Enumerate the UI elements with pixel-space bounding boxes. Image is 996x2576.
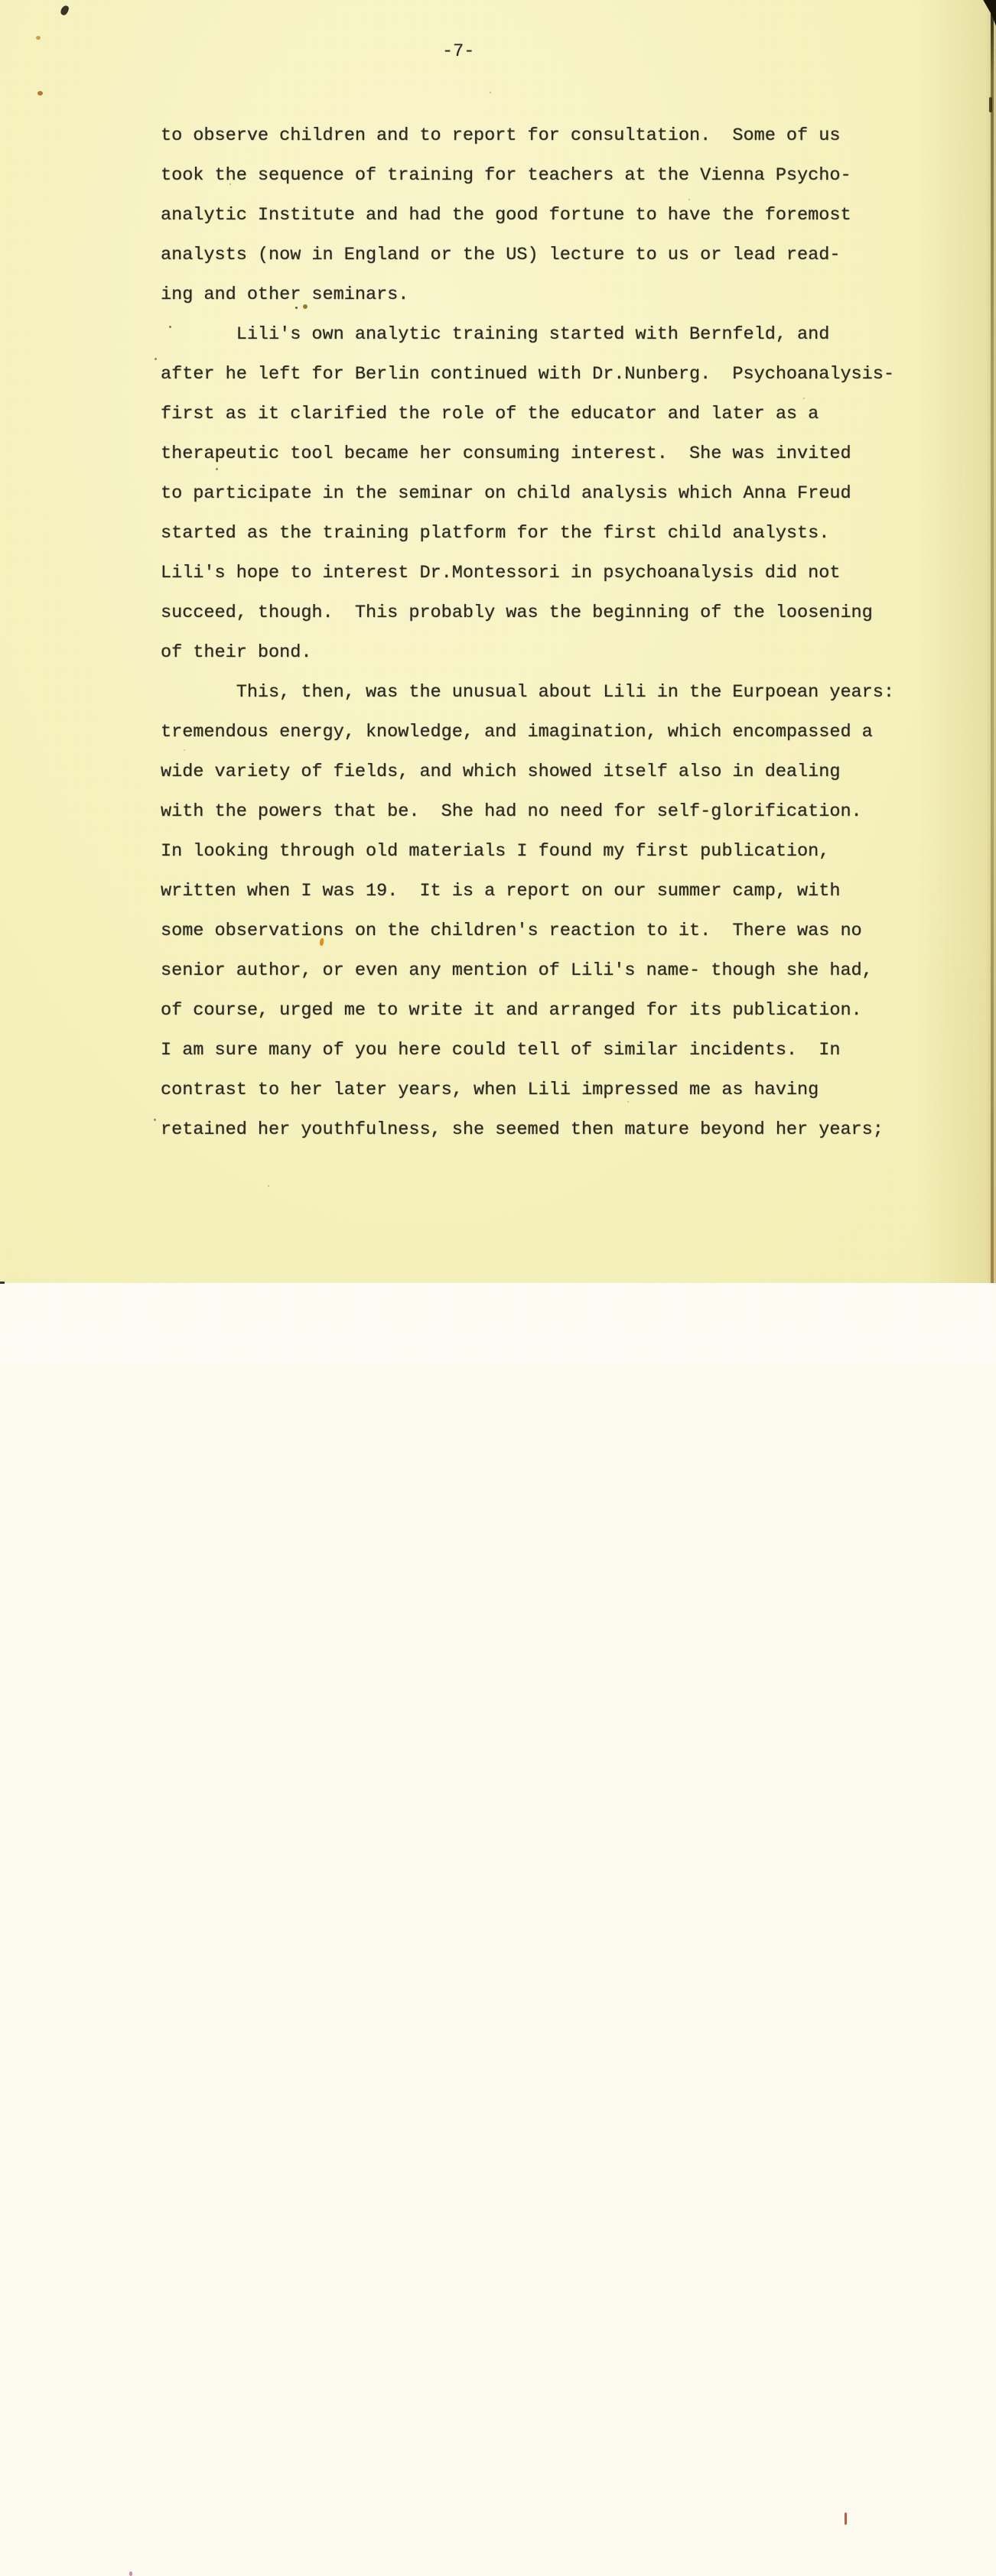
scan-edge-mark xyxy=(989,97,992,112)
stray-dot xyxy=(169,326,171,328)
ink-smudge xyxy=(60,5,70,17)
paper-noise xyxy=(229,184,231,185)
scan-edge-line xyxy=(991,0,994,1283)
stray-dot xyxy=(154,1119,156,1121)
stray-dot xyxy=(216,468,218,470)
typewritten-text: to observe children and to report for co… xyxy=(161,116,933,1150)
document-page: -7- to observe children and to report fo… xyxy=(0,0,996,1283)
stain-speck xyxy=(36,36,41,40)
stain-speck xyxy=(295,307,298,309)
scan-background: -7- to observe children and to report fo… xyxy=(0,0,996,1363)
stain-speck xyxy=(37,91,43,96)
page-number: -7- xyxy=(442,41,474,63)
scanner-background-strip xyxy=(0,1283,996,1363)
stray-dot xyxy=(155,358,157,360)
stain-speck xyxy=(303,304,308,309)
scan-edge-mark xyxy=(0,1282,5,1284)
